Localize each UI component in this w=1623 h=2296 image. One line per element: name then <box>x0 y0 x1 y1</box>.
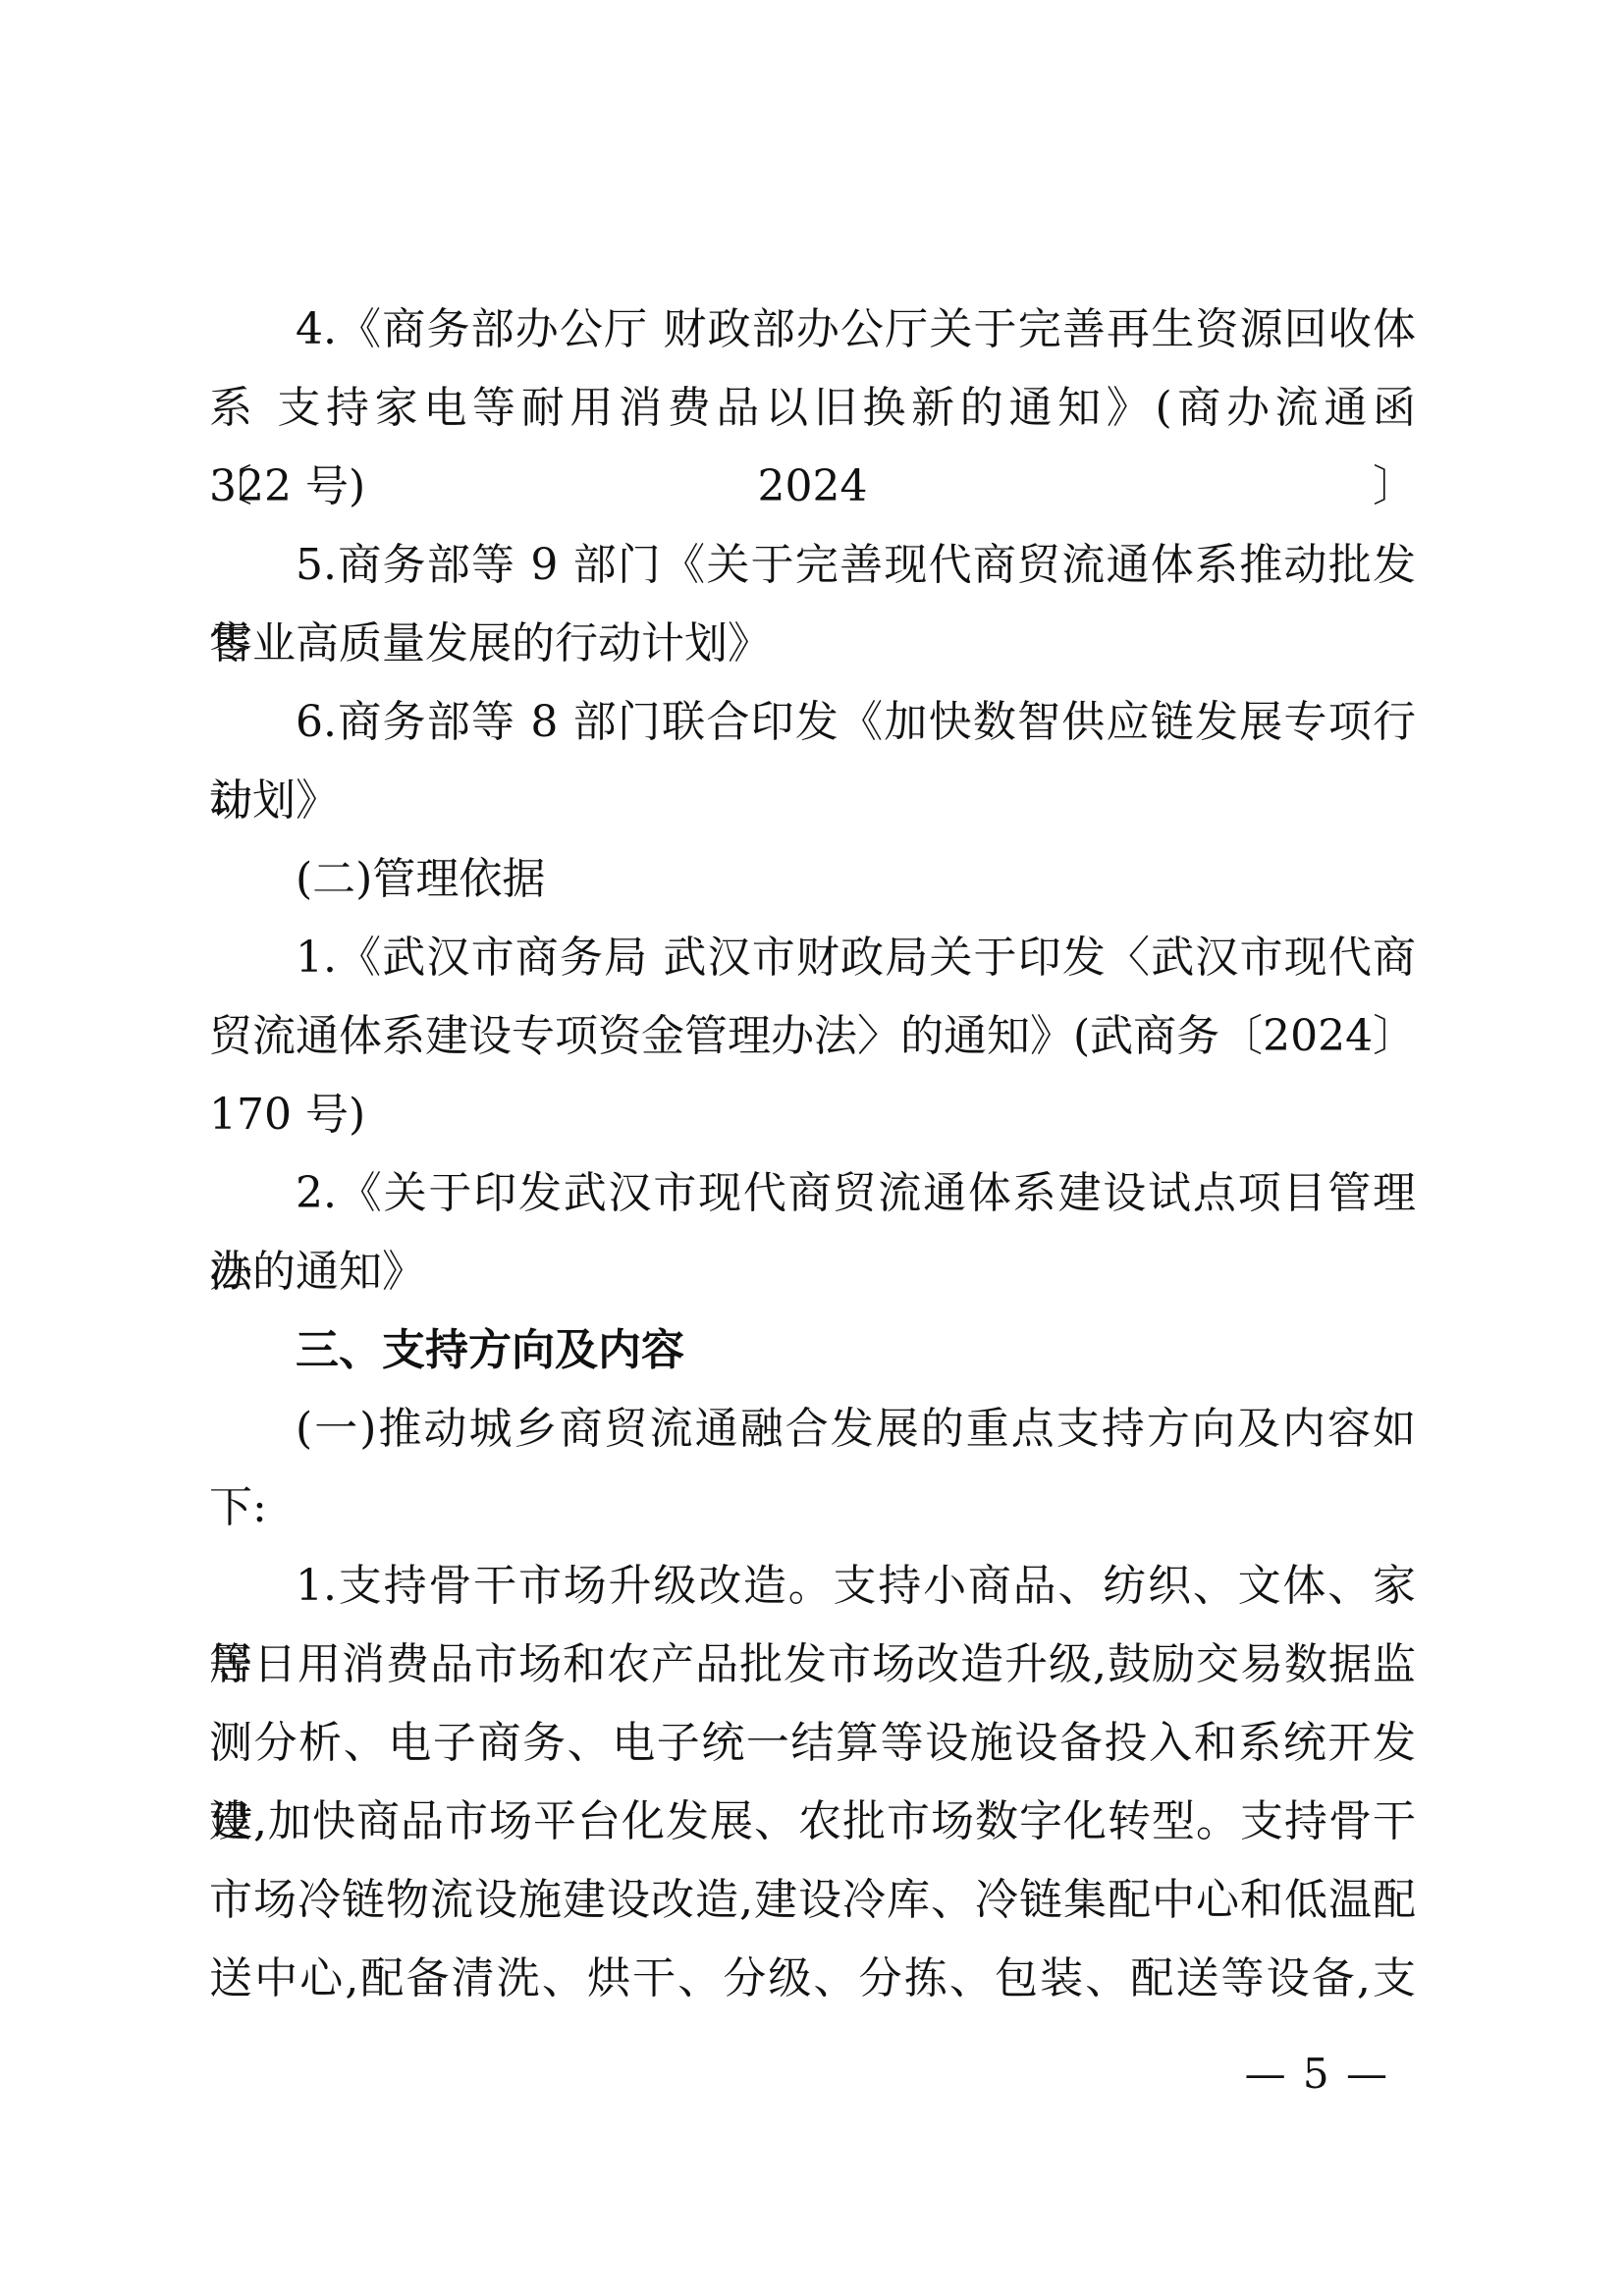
text-line: 6.商务部等 8 部门联合印发《加快数智供应链发展专项行动 <box>209 683 1416 762</box>
text-line: 系 支持家电等耐用消费品以旧换新的通知》(商办流通函〔2024〕 <box>209 369 1416 448</box>
text-line: 法的通知》 <box>209 1233 1416 1311</box>
text-line: 送中心,配备清洗、烘干、分级、分拣、包装、配送等设备,支 <box>209 1940 1416 2018</box>
document-text-block: 4.《商务部办公厅 财政部办公厅关于完善再生资源回收体 系 支持家电等耐用消费品… <box>209 291 1416 2018</box>
text-line: 1.支持骨干市场升级改造。支持小商品、纺织、文体、家居 <box>209 1547 1416 1626</box>
subsection-heading-2: (二)管理依据 <box>209 840 1416 919</box>
subsection-heading-1: (一)推动城乡商贸流通融合发展的重点支持方向及内容如 下: <box>209 1390 1416 1547</box>
reference-item-4: 4.《商务部办公厅 财政部办公厅关于完善再生资源回收体 系 支持家电等耐用消费品… <box>209 291 1416 526</box>
text-line: 5.商务部等 9 部门《关于完善现代商贸流通体系推动批发零 <box>209 526 1416 605</box>
reference-item-5: 5.商务部等 9 部门《关于完善现代商贸流通体系推动批发零 售业高质量发展的行动… <box>209 526 1416 683</box>
heading-line: 三、支持方向及内容 <box>209 1311 1416 1390</box>
document-page: 4.《商务部办公厅 财政部办公厅关于完善再生资源回收体 系 支持家电等耐用消费品… <box>0 0 1623 2296</box>
text-line: 售业高质量发展的行动计划》 <box>209 605 1416 683</box>
support-item-1: 1.支持骨干市场升级改造。支持小商品、纺织、文体、家居 等日用消费品市场和农产品… <box>209 1547 1416 2018</box>
heading-line: (一)推动城乡商贸流通融合发展的重点支持方向及内容如 <box>209 1390 1416 1468</box>
text-line: 2.《关于印发武汉市现代商贸流通体系建设试点项目管理办 <box>209 1154 1416 1233</box>
text-line: 设,加快商品市场平台化发展、农批市场数字化转型。支持骨干 <box>209 1783 1416 1861</box>
text-line: 170 号) <box>209 1076 1416 1154</box>
heading-line: (二)管理依据 <box>209 840 1416 919</box>
text-line: 等日用消费品市场和农产品批发市场改造升级,鼓励交易数据监 <box>209 1626 1416 1704</box>
section-heading-3: 三、支持方向及内容 <box>209 1311 1416 1390</box>
text-line: 贸流通体系建设专项资金管理办法〉的通知》(武商务〔2024〕 <box>209 997 1416 1076</box>
text-line: 市场冷链物流设施建设改造,建设冷库、冷链集配中心和低温配 <box>209 1861 1416 1940</box>
text-line: 测分析、电子商务、电子统一结算等设施设备投入和系统开发建 <box>209 1704 1416 1783</box>
text-line: 4.《商务部办公厅 财政部办公厅关于完善再生资源回收体 <box>209 291 1416 369</box>
heading-line: 下: <box>209 1468 1416 1547</box>
reference-item-6: 6.商务部等 8 部门联合印发《加快数智供应链发展专项行动 计划》 <box>209 683 1416 840</box>
page-number: — 5 — <box>1245 2052 1389 2097</box>
management-basis-item-1: 1.《武汉市商务局 武汉市财政局关于印发〈武汉市现代商 贸流通体系建设专项资金管… <box>209 919 1416 1154</box>
management-basis-item-2: 2.《关于印发武汉市现代商贸流通体系建设试点项目管理办 法的通知》 <box>209 1154 1416 1311</box>
text-line: 计划》 <box>209 762 1416 840</box>
text-line: 1.《武汉市商务局 武汉市财政局关于印发〈武汉市现代商 <box>209 919 1416 997</box>
